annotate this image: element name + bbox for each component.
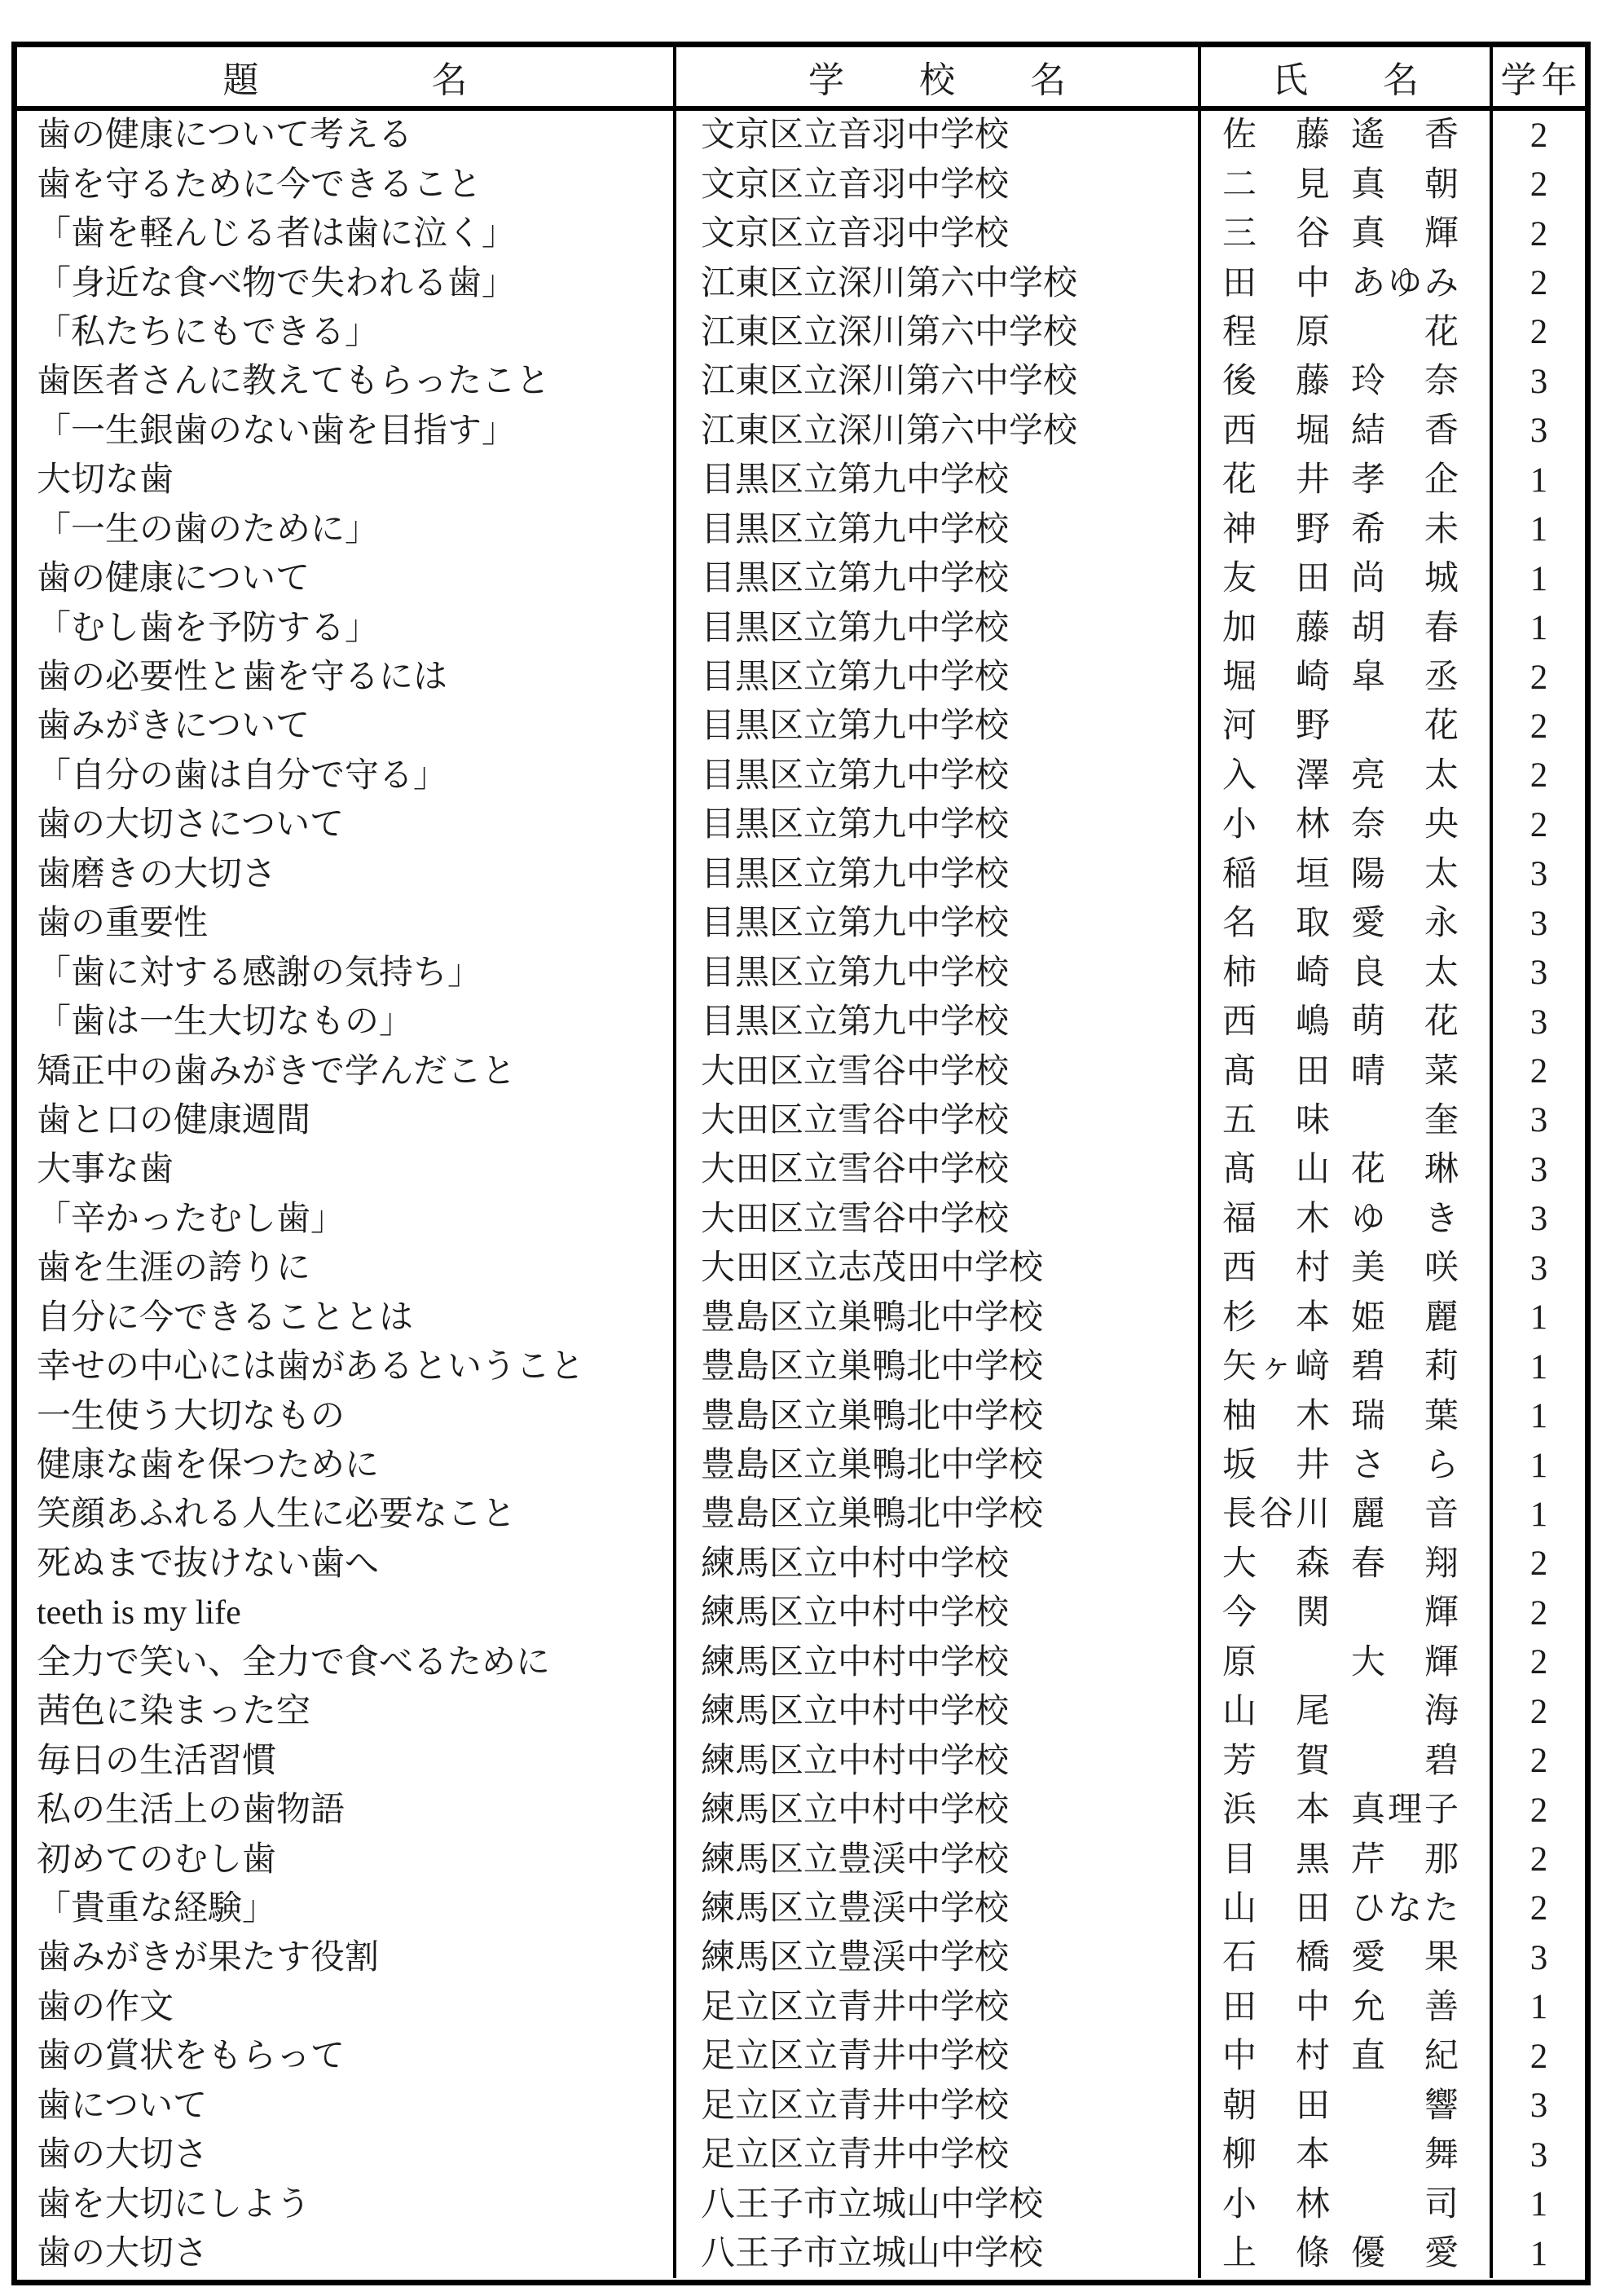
name-char: な — [1388, 1892, 1422, 1926]
header-char: 学 — [1501, 51, 1537, 103]
grade-value: 1 — [1490, 1293, 1585, 1342]
grade-value: 1 — [1490, 1342, 1585, 1391]
school-name: 八王子市立城山中学校 — [673, 2179, 1198, 2228]
name-char: 谷 — [1296, 217, 1330, 251]
school-name: 練馬区立中村中学校 — [673, 1638, 1198, 1687]
name-char: 美 — [1351, 1251, 1385, 1285]
table-row: 歯の重要性 目黒区立第九中学校 名取 愛永 3 — [17, 899, 1585, 948]
name-char: 亮 — [1351, 759, 1385, 793]
school-name: 足立区立青井中学校 — [673, 2131, 1198, 2179]
student-given-name: 真理子 — [1351, 1793, 1459, 1827]
table-body: 歯の健康について考える 文京区立音羽中学校 佐藤 遙香 2 歯を守るために今でき… — [17, 111, 1585, 2280]
name-char: 中 — [1296, 1990, 1330, 2025]
name-char: 芹 — [1351, 1843, 1385, 1877]
school-name: 大田区立雪谷中学校 — [673, 1096, 1198, 1145]
name-char: 玲 — [1351, 364, 1385, 399]
grade-value: 2 — [1490, 308, 1585, 357]
student-name: 原 大輝 — [1198, 1638, 1490, 1687]
name-char: 芳 — [1222, 1744, 1257, 1778]
name-char: 晴 — [1351, 1055, 1385, 1089]
table-row: 歯と口の健康週間 大田区立雪谷中学校 五味 奎 3 — [17, 1096, 1585, 1145]
school-name: 練馬区立中村中学校 — [673, 1540, 1198, 1589]
name-char: 井 — [1296, 463, 1330, 497]
name-char: ヶ — [1259, 1350, 1293, 1384]
school-name: 豊島区立巣鴨北中学校 — [673, 1342, 1198, 1391]
student-name: 程原 花 — [1198, 308, 1490, 357]
student-given-name: 碧莉 — [1351, 1350, 1459, 1384]
student-family-name: 三谷 — [1222, 217, 1330, 251]
name-char: 稲 — [1222, 857, 1257, 892]
student-name: 今関 輝 — [1198, 1589, 1490, 1637]
name-char: 長 — [1222, 1497, 1257, 1531]
school-name: 目黒区立第九中学校 — [673, 456, 1198, 505]
name-char: 中 — [1222, 2039, 1257, 2073]
student-given-name: 花 — [1351, 315, 1459, 350]
grade-value: 2 — [1490, 1540, 1585, 1589]
name-char: さ — [1351, 1448, 1385, 1483]
student-given-name: 萌花 — [1351, 1005, 1459, 1039]
student-name: 西村 美咲 — [1198, 1244, 1490, 1293]
name-char: 翔 — [1424, 1547, 1459, 1581]
name-char: 孝 — [1351, 463, 1385, 497]
name-char: 輝 — [1424, 1596, 1459, 1630]
student-family-name: 田中 — [1222, 1990, 1330, 2025]
school-name: 目黒区立第九中学校 — [673, 603, 1198, 652]
student-name: 花井 孝企 — [1198, 456, 1490, 505]
name-char: 森 — [1296, 1547, 1330, 1581]
essay-title: 歯を大切にしよう — [17, 2179, 673, 2228]
student-name: 三谷 真輝 — [1198, 209, 1490, 258]
essay-title: 歯の大切さ — [17, 2229, 673, 2278]
school-name: 目黒区立第九中学校 — [673, 505, 1198, 554]
essay-title: 私の生活上の歯物語 — [17, 1786, 673, 1835]
name-char: 程 — [1222, 315, 1257, 350]
student-family-name: 長谷川 — [1222, 1497, 1330, 1531]
school-name: 目黒区立第九中学校 — [673, 899, 1198, 948]
grade-value: 3 — [1490, 1933, 1585, 1982]
grade-value: 2 — [1490, 209, 1585, 258]
student-given-name: 美咲 — [1351, 1251, 1459, 1285]
name-char: 田 — [1222, 267, 1257, 301]
school-name: 豊島区立巣鴨北中学校 — [673, 1391, 1198, 1440]
student-given-name: 春翔 — [1351, 1547, 1459, 1581]
school-name: 練馬区立中村中学校 — [673, 1786, 1198, 1835]
student-given-name: 陽太 — [1351, 857, 1459, 892]
student-family-name: 石橋 — [1222, 1941, 1330, 1975]
table-row: 「歯は一生大切なもの」 目黒区立第九中学校 西嶋 萌花 3 — [17, 998, 1585, 1047]
name-char: 未 — [1424, 513, 1459, 547]
student-family-name: 小林 — [1222, 2188, 1330, 2222]
table-row: 歯を守るために今できること 文京区立音羽中学校 二見 真朝 2 — [17, 160, 1585, 209]
essay-title: 歯を生涯の誇りに — [17, 1244, 673, 1293]
name-char: ひ — [1351, 1892, 1385, 1926]
student-family-name: 矢ヶ﨑 — [1222, 1350, 1330, 1384]
student-family-name: 髙山 — [1222, 1152, 1330, 1187]
name-char: 司 — [1424, 2188, 1459, 2222]
name-char: 麗 — [1424, 1301, 1459, 1335]
student-family-name: 入澤 — [1222, 759, 1330, 793]
grade-value: 2 — [1490, 1589, 1585, 1637]
name-char: 太 — [1424, 857, 1459, 892]
student-given-name: 碧 — [1351, 1744, 1459, 1778]
student-name: 坂井 さら — [1198, 1441, 1490, 1490]
name-char: 崎 — [1296, 660, 1330, 694]
student-name: 目黒 芹那 — [1198, 1835, 1490, 1884]
student-name: 髙山 花琳 — [1198, 1145, 1490, 1194]
name-char: 音 — [1424, 1497, 1459, 1531]
student-family-name: 原 — [1222, 1646, 1330, 1680]
grade-value: 2 — [1490, 1638, 1585, 1687]
school-name: 練馬区立豊渓中学校 — [673, 1884, 1198, 1933]
table-row: 歯医者さんに教えてもらったこと 江東区立深川第六中学校 後藤 玲奈 3 — [17, 357, 1585, 406]
name-char: 海 — [1424, 1694, 1459, 1729]
student-name: 後藤 玲奈 — [1198, 357, 1490, 406]
name-char: 小 — [1222, 2188, 1257, 2222]
name-char: 朝 — [1222, 2089, 1257, 2123]
student-given-name: 愛永 — [1351, 906, 1459, 941]
student-given-name: 瑞葉 — [1351, 1399, 1459, 1434]
name-char: 萌 — [1351, 1005, 1385, 1039]
student-family-name: 上條 — [1222, 2237, 1330, 2271]
table-row: 歯みがきが果たす役割 練馬区立豊渓中学校 石橋 愛果 3 — [17, 1933, 1585, 1982]
student-given-name: 遙香 — [1351, 118, 1459, 152]
name-char: 堀 — [1222, 660, 1257, 694]
student-family-name: 河野 — [1222, 709, 1330, 743]
student-name: 田中 允善 — [1198, 1983, 1490, 2032]
school-name: 目黒区立第九中学校 — [673, 751, 1198, 800]
name-char: 莉 — [1424, 1350, 1459, 1384]
name-char: 木 — [1296, 1202, 1330, 1236]
name-char: 優 — [1351, 2237, 1385, 2271]
grade-value: 2 — [1490, 1786, 1585, 1835]
grade-value: 2 — [1490, 1687, 1585, 1736]
student-family-name: 坂井 — [1222, 1448, 1330, 1483]
student-family-name: 田中 — [1222, 267, 1330, 301]
school-name: 文京区立音羽中学校 — [673, 111, 1198, 160]
name-char: 原 — [1222, 1646, 1257, 1680]
name-char: 今 — [1222, 1596, 1257, 1630]
table-row: 大切な歯 目黒区立第九中学校 花井 孝企 1 — [17, 456, 1585, 505]
student-given-name: 孝企 — [1351, 463, 1459, 497]
name-char: 坂 — [1222, 1448, 1257, 1483]
student-name: 上條 優愛 — [1198, 2229, 1490, 2278]
student-name: 柚木 瑞葉 — [1198, 1391, 1490, 1440]
student-family-name: 程原 — [1222, 315, 1330, 350]
table-row: 「一生の歯のために」 目黒区立第九中学校 神野 希未 1 — [17, 505, 1585, 554]
student-family-name: 佐藤 — [1222, 118, 1330, 152]
student-name: 入澤 亮太 — [1198, 751, 1490, 800]
name-char: 輝 — [1424, 1646, 1459, 1680]
student-family-name: 二見 — [1222, 168, 1330, 202]
school-name: 足立区立青井中学校 — [673, 1983, 1198, 2032]
student-name: 山田 ひなた — [1198, 1884, 1490, 1933]
student-name: 髙田 晴菜 — [1198, 1047, 1490, 1095]
student-name: 矢ヶ﨑 碧莉 — [1198, 1342, 1490, 1391]
essay-title: 歯の重要性 — [17, 899, 673, 948]
name-char: 尾 — [1296, 1694, 1330, 1729]
name-char: 菜 — [1424, 1055, 1459, 1089]
school-name: 練馬区立豊渓中学校 — [673, 1933, 1198, 1982]
student-family-name: 中村 — [1222, 2039, 1330, 2073]
name-char: 花 — [1351, 1152, 1385, 1187]
name-char: 藤 — [1296, 611, 1330, 646]
table-row: 私の生活上の歯物語 練馬区立中村中学校 浜本 真理子 2 — [17, 1786, 1585, 1835]
table-row: 幸せの中心には歯があるということ 豊島区立巣鴨北中学校 矢ヶ﨑 碧莉 1 — [17, 1342, 1585, 1391]
school-name: 目黒区立第九中学校 — [673, 653, 1198, 702]
essay-title: 死ぬまで抜けない歯へ — [17, 1540, 673, 1589]
student-name: 芳賀 碧 — [1198, 1736, 1490, 1785]
essay-title: 「身近な食べ物で失われる歯」 — [17, 258, 673, 307]
name-char: 藤 — [1296, 364, 1330, 399]
student-family-name: 山田 — [1222, 1892, 1330, 1926]
name-char: 輝 — [1424, 217, 1459, 251]
student-family-name: 柿崎 — [1222, 956, 1330, 990]
school-name: 豊島区立巣鴨北中学校 — [673, 1490, 1198, 1539]
grade-value: 3 — [1490, 998, 1585, 1047]
name-char: 田 — [1222, 1990, 1257, 2025]
table-row: 歯の大切さについて 目黒区立第九中学校 小林 奈央 2 — [17, 800, 1585, 849]
grade-value: 3 — [1490, 948, 1585, 997]
student-name: 杉本 姫麗 — [1198, 1293, 1490, 1342]
student-name: 柳本 舞 — [1198, 2131, 1490, 2179]
essay-title: 歯の作文 — [17, 1983, 673, 2032]
name-char: 良 — [1351, 956, 1385, 990]
name-char: 林 — [1296, 2188, 1330, 2222]
student-name: 佐藤 遙香 — [1198, 111, 1490, 160]
essay-title: 健康な歯を保つために — [17, 1441, 673, 1490]
name-char: 春 — [1424, 611, 1459, 646]
name-char: 花 — [1424, 315, 1459, 350]
name-char: 尚 — [1351, 562, 1385, 596]
name-char: 後 — [1222, 364, 1257, 399]
name-char: 神 — [1222, 513, 1257, 547]
name-char: 那 — [1424, 1843, 1459, 1877]
table-row: 一生使う大切なもの 豊島区立巣鴨北中学校 柚木 瑞葉 1 — [17, 1391, 1585, 1440]
student-given-name: 輝 — [1351, 1596, 1459, 1630]
essay-title: 「歯を軽んじる者は歯に泣く」 — [17, 209, 673, 258]
school-name: 目黒区立第九中学校 — [673, 998, 1198, 1047]
name-char: 山 — [1222, 1892, 1257, 1926]
name-char: 河 — [1222, 709, 1257, 743]
name-char: 田 — [1296, 562, 1330, 596]
name-char: 條 — [1296, 2237, 1330, 2271]
student-name: 河野 花 — [1198, 702, 1490, 751]
student-family-name: 浜本 — [1222, 1793, 1330, 1827]
student-name: 中村 直紀 — [1198, 2032, 1490, 2081]
student-given-name: 優愛 — [1351, 2237, 1459, 2271]
grade-value: 2 — [1490, 751, 1585, 800]
table-row: 「一生銀歯のない歯を目指す」 江東区立深川第六中学校 西堀 結香 3 — [17, 407, 1585, 456]
grade-value: 1 — [1490, 1391, 1585, 1440]
school-name: 大田区立雪谷中学校 — [673, 1047, 1198, 1095]
name-char: 小 — [1222, 808, 1257, 842]
student-family-name: 西村 — [1222, 1251, 1330, 1285]
student-family-name: 目黒 — [1222, 1843, 1330, 1877]
name-char: 石 — [1222, 1941, 1257, 1975]
name-char: 見 — [1296, 168, 1330, 202]
name-char: 西 — [1222, 1251, 1257, 1285]
student-family-name: 堀崎 — [1222, 660, 1330, 694]
essay-title: 「自分の歯は自分で守る」 — [17, 751, 673, 800]
name-char: 田 — [1296, 1892, 1330, 1926]
table-row: 歯を生涯の誇りに 大田区立志茂田中学校 西村 美咲 3 — [17, 1244, 1585, 1293]
table-header-row: 題名 学校名 氏名 学年 — [17, 47, 1585, 111]
name-char: 真 — [1351, 168, 1385, 202]
grade-value: 1 — [1490, 1490, 1585, 1539]
school-name: 江東区立深川第六中学校 — [673, 357, 1198, 406]
student-family-name: 柚木 — [1222, 1399, 1330, 1434]
name-char: 響 — [1424, 2089, 1459, 2123]
table-row: 「歯に対する感謝の気持ち」 目黒区立第九中学校 柿崎 良太 3 — [17, 948, 1585, 997]
grade-value: 2 — [1490, 653, 1585, 702]
essay-title: 「むし歯を予防する」 — [17, 603, 673, 652]
name-char: 遙 — [1351, 118, 1385, 152]
table-row: 「自分の歯は自分で守る」 目黒区立第九中学校 入澤 亮太 2 — [17, 751, 1585, 800]
name-char: 堀 — [1296, 414, 1330, 448]
name-char: 太 — [1424, 956, 1459, 990]
name-char: 瑞 — [1351, 1399, 1385, 1434]
name-char: 友 — [1222, 562, 1257, 596]
name-char: 本 — [1296, 1301, 1330, 1335]
name-char: 野 — [1296, 513, 1330, 547]
essay-title: 歯の必要性と歯を守るには — [17, 653, 673, 702]
name-char: 二 — [1222, 168, 1257, 202]
grade-value: 1 — [1490, 1983, 1585, 2032]
table-row: 歯の大切さ 八王子市立城山中学校 上條 優愛 1 — [17, 2229, 1585, 2278]
school-name: 目黒区立第九中学校 — [673, 800, 1198, 849]
table-row: 初めてのむし歯 練馬区立豊渓中学校 目黒 芹那 2 — [17, 1835, 1585, 1884]
school-name: 豊島区立巣鴨北中学校 — [673, 1441, 1198, 1490]
student-given-name: 真輝 — [1351, 217, 1459, 251]
student-name: 稲垣 陽太 — [1198, 850, 1490, 899]
name-char: 理 — [1388, 1793, 1422, 1827]
student-given-name: 皐丞 — [1351, 660, 1459, 694]
table-row: 「むし歯を予防する」 目黒区立第九中学校 加藤 胡春 1 — [17, 603, 1585, 652]
name-char: 田 — [1296, 1055, 1330, 1089]
student-family-name: 芳賀 — [1222, 1744, 1330, 1778]
name-char: 姫 — [1351, 1301, 1385, 1335]
essay-title: 自分に今できることとは — [17, 1293, 673, 1342]
name-char: 野 — [1296, 709, 1330, 743]
table-row: 歯の大切さ 足立区立青井中学校 柳本 舞 3 — [17, 2131, 1585, 2179]
name-char: 橋 — [1296, 1941, 1330, 1975]
essay-title: teeth is my life — [17, 1589, 673, 1637]
student-given-name: 尚城 — [1351, 562, 1459, 596]
name-char: 結 — [1351, 414, 1385, 448]
essay-title: 「一生の歯のために」 — [17, 505, 673, 554]
student-name: 名取 愛永 — [1198, 899, 1490, 948]
name-char: 井 — [1296, 1448, 1330, 1483]
school-name: 練馬区立豊渓中学校 — [673, 1835, 1198, 1884]
name-char: 賀 — [1296, 1744, 1330, 1778]
student-family-name: 小林 — [1222, 808, 1330, 842]
name-char: 西 — [1222, 1005, 1257, 1039]
header-char: 学 — [808, 51, 844, 103]
student-given-name: 允善 — [1351, 1990, 1459, 2025]
student-name: 小林 奈央 — [1198, 800, 1490, 849]
table-row: 歯の作文 足立区立青井中学校 田中 允善 1 — [17, 1983, 1585, 2032]
name-char: 﨑 — [1296, 1350, 1330, 1384]
name-char: 林 — [1296, 808, 1330, 842]
name-char: 碧 — [1424, 1744, 1459, 1778]
essay-title: 茜色に染まった空 — [17, 1687, 673, 1736]
name-char: 城 — [1424, 562, 1459, 596]
name-char: み — [1424, 267, 1459, 301]
name-char: 五 — [1222, 1104, 1257, 1138]
name-char: 麗 — [1351, 1497, 1385, 1531]
table-row: 健康な歯を保つために 豊島区立巣鴨北中学校 坂井 さら 1 — [17, 1441, 1585, 1490]
student-family-name: 五味 — [1222, 1104, 1330, 1138]
name-char: 真 — [1351, 217, 1385, 251]
name-char: 胡 — [1351, 611, 1385, 646]
essay-title: 初めてのむし歯 — [17, 1835, 673, 1884]
table-row: 全力で笑い、全力で食べるために 練馬区立中村中学校 原 大輝 2 — [17, 1638, 1585, 1687]
header-char: 題 — [223, 51, 259, 103]
student-name: 小林 司 — [1198, 2179, 1490, 2228]
name-char: 香 — [1424, 118, 1459, 152]
name-char: 山 — [1296, 1152, 1330, 1187]
grade-value: 1 — [1490, 456, 1585, 505]
name-char: 企 — [1424, 463, 1459, 497]
table-row: 歯みがきについて 目黒区立第九中学校 河野 花 2 — [17, 702, 1585, 751]
name-char: 名 — [1222, 906, 1257, 941]
student-given-name: 海 — [1351, 1694, 1459, 1729]
table-row: teeth is my life 練馬区立中村中学校 今関 輝 2 — [17, 1589, 1585, 1637]
grade-value: 3 — [1490, 2082, 1585, 2131]
table-row: 毎日の生活習慣 練馬区立中村中学校 芳賀 碧 2 — [17, 1736, 1585, 1785]
name-char: 碧 — [1351, 1350, 1385, 1384]
school-name: 文京区立音羽中学校 — [673, 160, 1198, 209]
essay-title: 矯正中の歯みがきで学んだこと — [17, 1047, 673, 1095]
essay-title: 歯の大切さ — [17, 2131, 673, 2179]
student-given-name: 姫麗 — [1351, 1301, 1459, 1335]
student-family-name: 髙田 — [1222, 1055, 1330, 1089]
essay-title: 笑顔あふれる人生に必要なこと — [17, 1490, 673, 1539]
name-char: 大 — [1222, 1547, 1257, 1581]
student-given-name: 奈央 — [1351, 808, 1459, 842]
school-name: 文京区立音羽中学校 — [673, 209, 1198, 258]
column-header-title: 題名 — [17, 47, 673, 106]
grade-value: 3 — [1490, 899, 1585, 948]
header-char: 氏 — [1272, 51, 1308, 103]
essay-title: 歯磨きの大切さ — [17, 850, 673, 899]
column-header-name: 氏名 — [1198, 47, 1490, 106]
school-name: 練馬区立中村中学校 — [673, 1687, 1198, 1736]
essay-title: 歯みがきについて — [17, 702, 673, 751]
student-family-name: 朝田 — [1222, 2089, 1330, 2123]
grade-value: 2 — [1490, 1047, 1585, 1095]
student-given-name: 舞 — [1351, 2138, 1459, 2172]
student-name: 田中 あゆみ — [1198, 258, 1490, 307]
grade-value: 2 — [1490, 702, 1585, 751]
grade-value: 1 — [1490, 603, 1585, 652]
student-given-name: 芹那 — [1351, 1843, 1459, 1877]
student-given-name: 良太 — [1351, 956, 1459, 990]
name-char: き — [1424, 1202, 1459, 1236]
name-char: 琳 — [1424, 1152, 1459, 1187]
student-given-name: 玲奈 — [1351, 364, 1459, 399]
essay-title: 全力で笑い、全力で食べるために — [17, 1638, 673, 1687]
student-given-name: ひなた — [1351, 1892, 1459, 1926]
name-char: 田 — [1296, 2089, 1330, 2123]
student-family-name: 名取 — [1222, 906, 1330, 941]
essay-title: 「一生銀歯のない歯を目指す」 — [17, 407, 673, 456]
student-family-name: 杉本 — [1222, 1301, 1330, 1335]
grade-value: 1 — [1490, 505, 1585, 554]
name-char: 大 — [1351, 1646, 1385, 1680]
name-char: 髙 — [1222, 1055, 1257, 1089]
table-row: 「辛かったむし歯」 大田区立雪谷中学校 福木 ゆき 3 — [17, 1195, 1585, 1244]
